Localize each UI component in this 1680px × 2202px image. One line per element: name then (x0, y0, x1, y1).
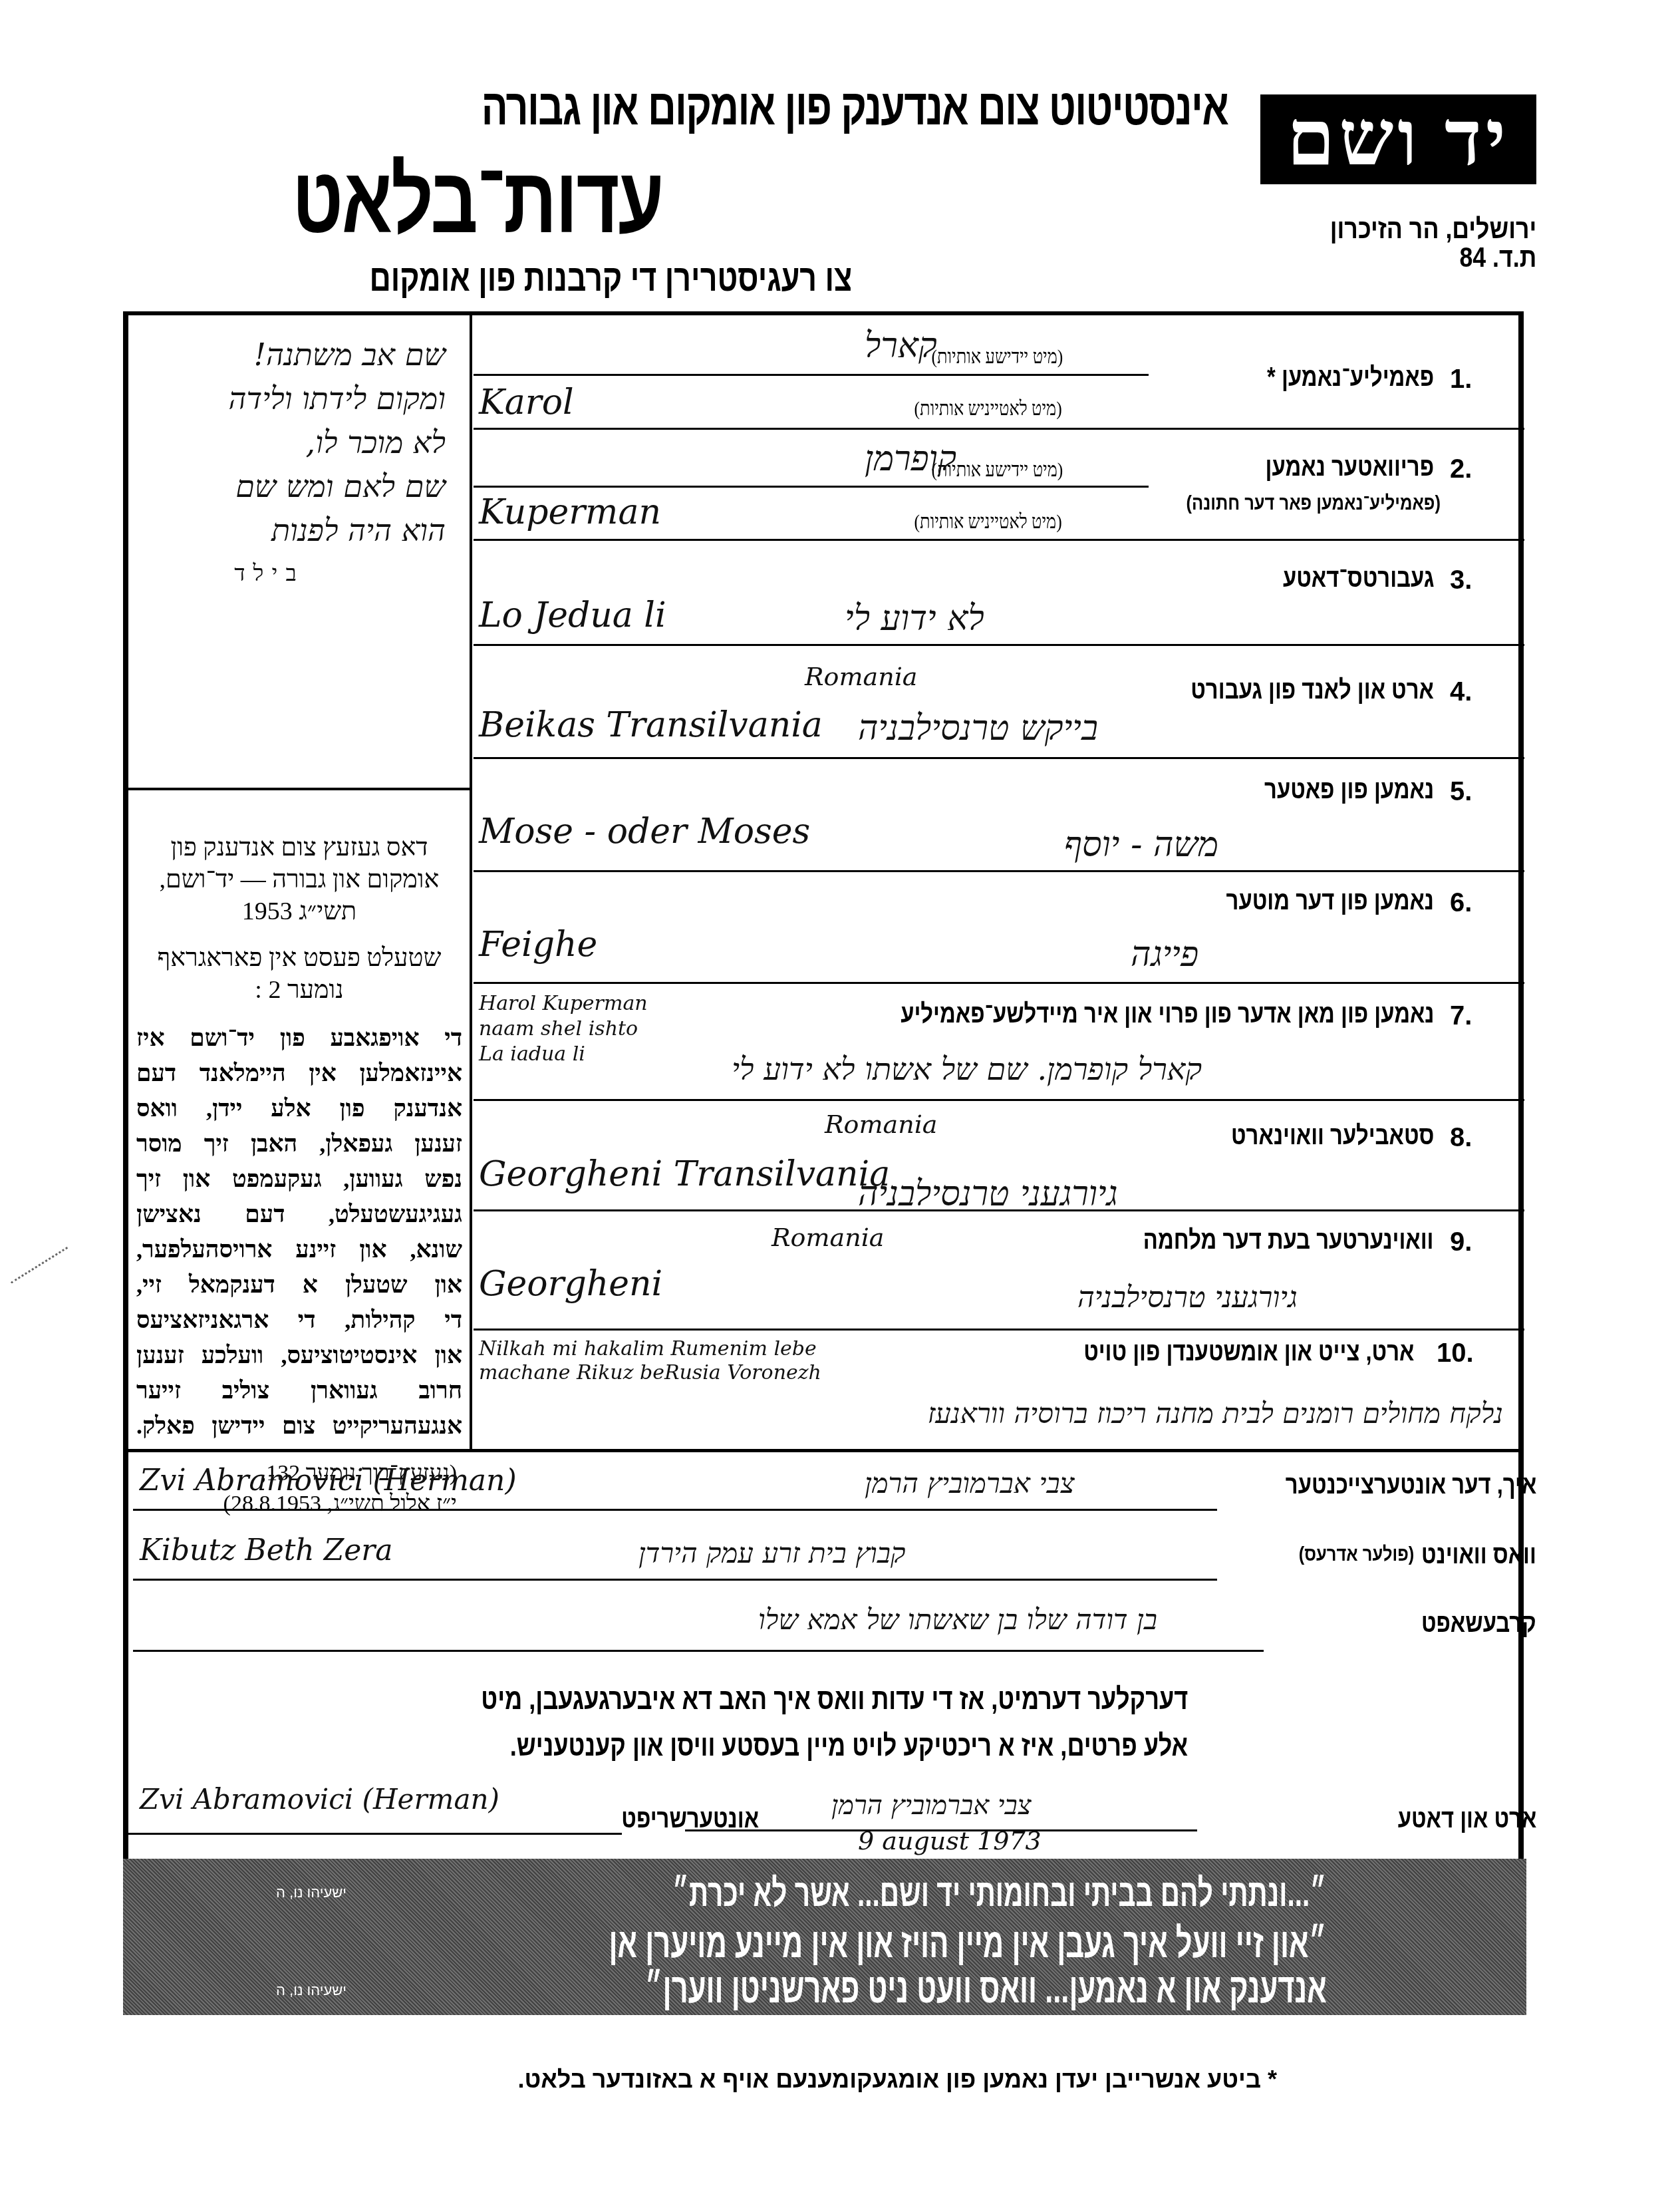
mother-name-yiddish-input[interactable]: פייגה (1131, 935, 1198, 975)
row-divider (474, 757, 1524, 759)
law-body: די אויפגאבע פון יד־ושם איז איינזאמלען אי… (136, 1021, 462, 1444)
footnote: * ביטע אנשרייבן יעדן נאמען פון אומגעקומע… (406, 2066, 1277, 2094)
law-body-line: זענען געפאלן, האבן זיך מוסר (136, 1126, 462, 1162)
wartime-country-input[interactable]: Romania (771, 1223, 884, 1252)
row-divider (474, 644, 1524, 646)
field-number: 5. (1450, 777, 1472, 807)
law-body-line: חרוב געווארן צוליב זייער (136, 1373, 462, 1408)
banner-quote-hebrew: ״...ונתתי להם בביתי ובחומותי יד ושם... א… (672, 1871, 1327, 1915)
mother-name-latin-input[interactable]: Feighe (479, 925, 597, 965)
field-number: 2. (1450, 454, 1472, 484)
law-body-line: איינזאמלען אין היימלאנד דעם (136, 1056, 462, 1091)
law-body-line: אנדענק פון אלע יידן, וואס (136, 1091, 462, 1126)
informant-address-yiddish-input[interactable]: קבוץ בית זרע עמק הירדן (638, 1537, 906, 1570)
input-underline (474, 486, 1149, 488)
form-title: עדות־בלאט (292, 146, 662, 254)
address-line: ירושלים, הר הזיכרון (1330, 213, 1536, 245)
hint-yiddish: (מיט יידישע אותיות) (932, 346, 1063, 369)
input-underline (133, 1509, 1217, 1511)
date-input[interactable]: 9 august 1973 (858, 1826, 1042, 1855)
field-number: 1. (1450, 365, 1472, 394)
law-paragraph-line: נומער 2 : (136, 974, 462, 1006)
quote-banner: ״...ונתתי להם בביתי ובחומותי יד ושם... א… (123, 1859, 1526, 2015)
input-underline (133, 1579, 1217, 1581)
law-body-line: די אויפגאבע פון יד־ושם איז (136, 1021, 462, 1056)
informant-name-latin-input[interactable]: Zvi Abramovici (Herman) (140, 1464, 517, 1497)
hint-latin: (מיט לאטייניש אותיות) (914, 511, 1061, 534)
law-heading-line: דאס געזעץ צום אנדענק פון (136, 832, 462, 864)
law-body-line: אנגעהעריקייט צום יידישן פאלק. (136, 1408, 462, 1444)
wartime-residence-latin-input[interactable]: Georgheni (479, 1264, 662, 1304)
row-divider (474, 1099, 1524, 1101)
yad-vashem-logo: יד ושם (1260, 94, 1536, 184)
column-divider (470, 313, 472, 1450)
handwritten-note: שם אב משתנה! ומקום לידתו ולידה לא מוכר ל… (153, 333, 446, 596)
family-name-yiddish-input[interactable]: קארל (865, 326, 937, 366)
law-body-line: און אינסטיטוציעס, וועלכע זענען (136, 1338, 462, 1373)
law-body-line: געגיגעשטעלט, דעם נאצישן (136, 1197, 462, 1232)
row-divider (474, 1329, 1524, 1331)
law-paragraph-line: שטעלט פעסט אין פאראגראף (136, 942, 462, 974)
field-number: 10. (1437, 1338, 1474, 1368)
field-sublabel-maiden-name: (פאמיליע־נאמען פאר דער חתונה) (1187, 492, 1441, 515)
note-line: שם אב משתנה! (153, 333, 446, 377)
institute-title: אינסטיטוט צום אנדענק פון אומקום און גבור… (481, 79, 1228, 136)
spouse-name-latin-input[interactable]: Harol Kuperman naam shel ishto La iadua … (479, 991, 648, 1067)
row-divider (474, 539, 1524, 541)
field-label-wartime-residence: וואוינערטער בעת דער מלחמה (1143, 1225, 1434, 1255)
left-column-separator (126, 788, 470, 790)
law-body-line: שונא, און זיינע ארויסהעלפער, (136, 1232, 462, 1267)
informant-name-label: איך, דער אונטערצייכנטער (1286, 1470, 1536, 1500)
field-label-mother-name: נאמען פון דער מוטער (1226, 886, 1434, 916)
banner-citation: ישעיהו נו, ה (276, 1982, 347, 1999)
banner-quote-yiddish-1: ״און זיי וועל איך געבן אין מיין הויז און… (609, 1920, 1327, 1967)
place-date-input[interactable]: צבי אברמוביץ הרמן (831, 1790, 1032, 1821)
relationship-label: קרבעשאפט (1421, 1609, 1536, 1639)
note-line: הוא היה לפנות (153, 508, 446, 552)
death-circumstances-latin-input[interactable]: Nilkah mi hakalim Rumenim lebe machane R… (479, 1337, 865, 1385)
field-number: 8. (1450, 1123, 1472, 1153)
family-name-latin-input[interactable]: Karol (479, 383, 574, 422)
row-divider (474, 870, 1524, 872)
field-number: 6. (1450, 888, 1472, 918)
first-name-yiddish-input[interactable]: קופרמן (865, 439, 956, 479)
hint-latin: (מיט לאטייניש אותיות) (914, 398, 1061, 420)
signature-label: אונטערשריפט (621, 1804, 759, 1834)
field-label-family-name: פאמיליע־נאמען * (1267, 363, 1434, 393)
informant-address-latin-input[interactable]: Kibutz Beth Zera (140, 1533, 393, 1567)
informant-name-yiddish-input[interactable]: צבי אברמוביץ הרמן (865, 1467, 1075, 1500)
father-name-latin-input[interactable]: Mose - oder Moses (479, 812, 810, 852)
stamp-mark (11, 1247, 70, 1286)
first-name-latin-input[interactable]: Kuperman (479, 492, 661, 532)
input-underline (126, 1833, 622, 1835)
note-line: לא מוכר לו, (153, 420, 446, 464)
death-circumstances-yiddish-input[interactable]: נלקח מחולים רומנים לבית מחנה ריכוז ברוסי… (479, 1397, 1503, 1430)
signature-input[interactable]: Zvi Abramovici (Herman) (140, 1783, 499, 1815)
field-label-spouse-name: נאמען פון מאן אדער פון פרוי און איר מייד… (901, 999, 1434, 1029)
field-number: 4. (1450, 677, 1472, 707)
father-name-yiddish-input[interactable]: משה - יוסף (1064, 825, 1218, 865)
law-body-line: נפש געווען, געקעמפט און זיך (136, 1162, 462, 1197)
field-label-father-name: נאמען פון פאטער (1264, 775, 1434, 805)
declaration-line: אלע פרטים, איז א ריכטיקע לויט מיין בעסטע… (510, 1730, 1188, 1763)
note-line: שם לאם ומש שם (153, 464, 446, 508)
field-label-first-name: פריוואטער נאמען (1266, 452, 1434, 482)
law-body-line: און שטעלן א דענקמאל זיי, (136, 1267, 462, 1303)
place-date-label: ארט און דאטע (1397, 1804, 1536, 1834)
banner-citation: ישעיהו נו, ה (276, 1884, 347, 1901)
form-subtitle: צו רעגיסטרירן די קרבנות פון אומקום (369, 256, 852, 299)
field-label-birth-place: ארט און לאנד פון געבורט (1190, 675, 1434, 705)
field-number: 9. (1450, 1227, 1472, 1257)
relationship-input[interactable]: בן דודה שלו בן שאשתו של אמא שלו (758, 1603, 1157, 1637)
field-label-permanent-residence: סטאבילער וואוינארט (1231, 1121, 1434, 1151)
birth-place-latin-input[interactable]: Beikas Transilvania (479, 705, 823, 745)
banner-quote-yiddish-2: אנדענק און א נאמען... וואס וועט ניט פארש… (645, 1965, 1327, 2012)
row-divider (474, 982, 1524, 984)
note-line: ומקום לידתו ולידה (153, 377, 446, 420)
birth-date-latin-input[interactable]: Lo Jedua li (479, 595, 666, 635)
note-child-label: בילד (153, 552, 446, 596)
field-label-birth-date: געבורטס־דאטע (1283, 563, 1434, 593)
field-label-death-circumstances: ארט, צייט און אומשטענדן פון טויט (1083, 1337, 1414, 1367)
input-underline (133, 1650, 1264, 1652)
birth-place-yiddish-input[interactable]: בייקש טרנסילבניה (858, 708, 1098, 748)
residence-latin-input[interactable]: Georgheni Transilvania (479, 1154, 890, 1194)
field-number: 7. (1450, 1001, 1472, 1031)
field-number: 3. (1450, 565, 1472, 595)
residence-yiddish-input[interactable]: גיורגעני טרנסילבניה (858, 1174, 1118, 1214)
input-underline (474, 374, 1149, 376)
birth-date-yiddish-input[interactable]: לא ידוע לי (845, 599, 984, 639)
row-divider (474, 1209, 1524, 1211)
law-heading-line: אומקום און גבורה — יד־ושם, (136, 864, 462, 895)
informant-address-hint: (פולער אדרעס) (1298, 1543, 1414, 1566)
law-text: דאס געזעץ צום אנדענק פון אומקום און גבור… (136, 832, 462, 1534)
spouse-name-yiddish-input[interactable]: קארל קופרמן. שם של אשתו לא ידוע לי (732, 1051, 1202, 1087)
law-body-line: די קהילות, די ארגאניזאציעס (136, 1303, 462, 1338)
wartime-residence-yiddish-input[interactable]: גיורגעני טרנסילבניה (1077, 1281, 1298, 1315)
informant-address-label: וואס וואוינט (1421, 1540, 1536, 1570)
residence-country-input[interactable]: Romania (825, 1110, 937, 1139)
po-box: ת.ד. 84 (1459, 241, 1536, 273)
row-divider (474, 428, 1524, 430)
birth-country-input[interactable]: Romania (805, 662, 917, 691)
law-heading-line: תשי״ג 1953 (136, 895, 462, 927)
declaration-line: דערקלער דערמיט, אז די עדות וואס איך האב … (481, 1683, 1188, 1716)
